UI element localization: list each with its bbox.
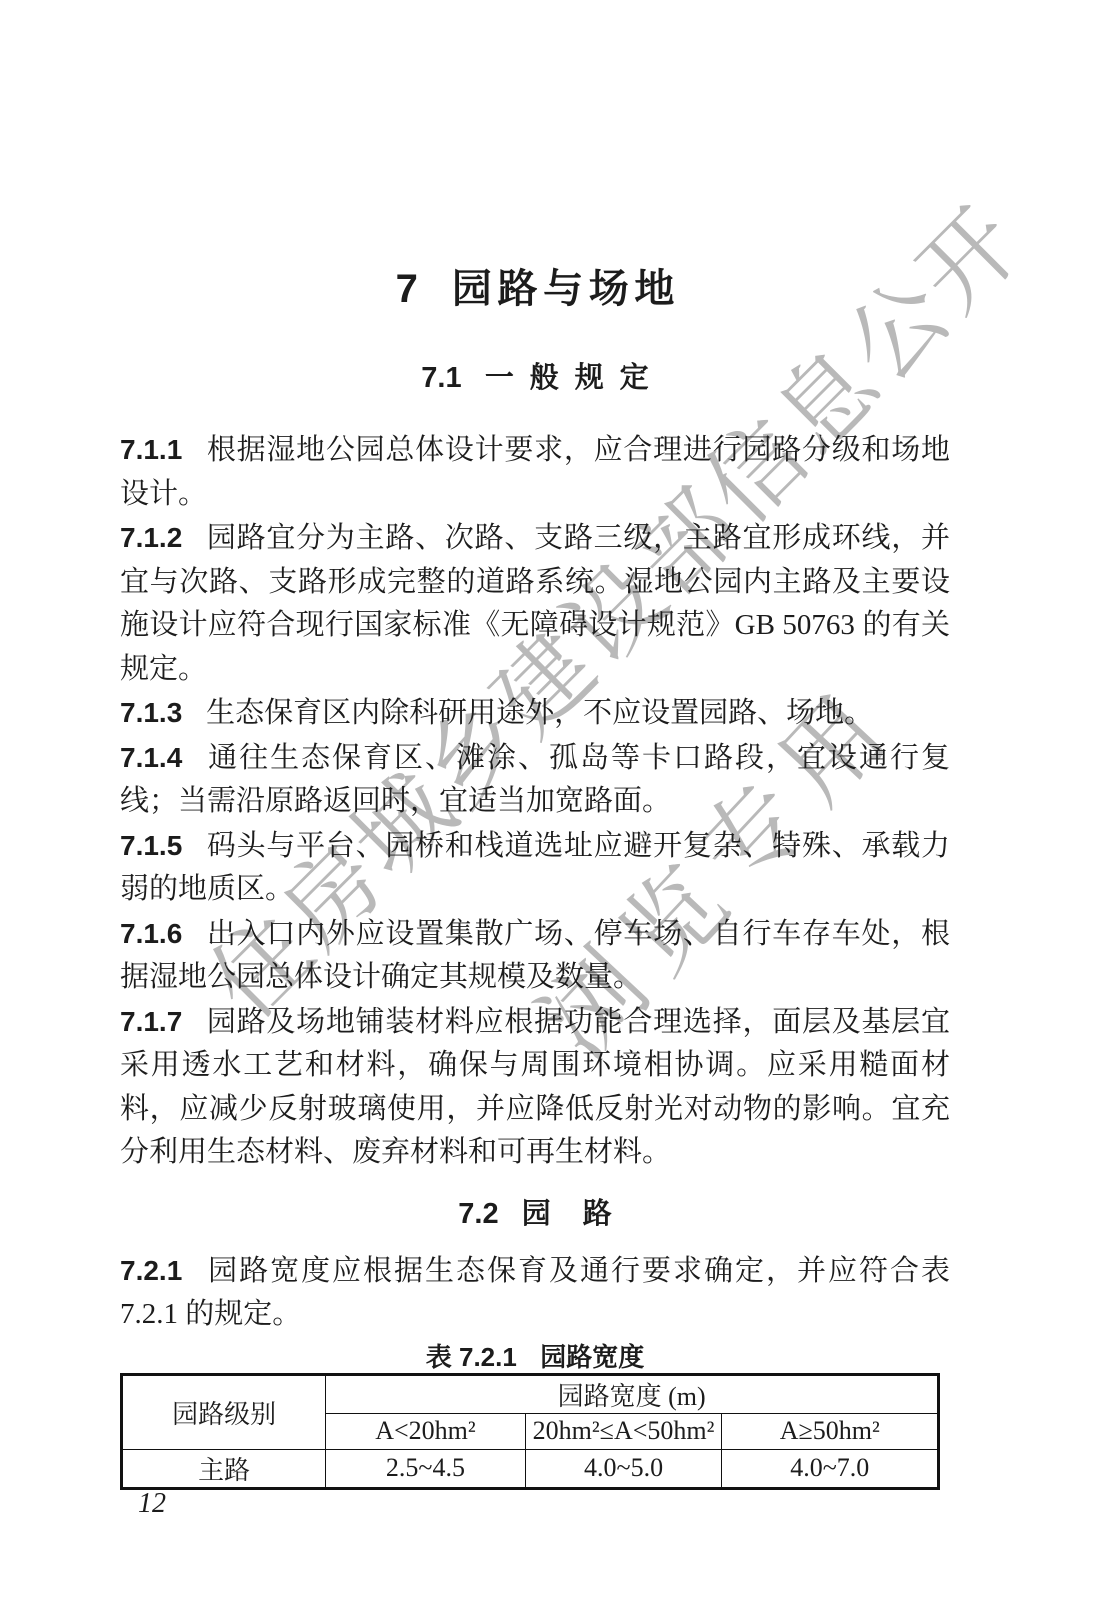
- chapter-title: 园路与场地: [452, 267, 680, 311]
- section-number: 7.1: [421, 362, 461, 394]
- clause-7-1-6: 7.1.6出入口内外应设置集散广场、停车场、自行车存车处，根据湿地公园总体设计确…: [120, 912, 950, 1000]
- table-corner-header: 园路级别: [122, 1374, 326, 1449]
- clause-number: 7.1.5: [120, 830, 182, 861]
- table-col-header: 20hm²≤A<50hm²: [525, 1413, 722, 1449]
- clause-number: 7.1.1: [120, 434, 182, 465]
- table-col-header: A≥50hm²: [722, 1413, 939, 1449]
- clause-text: 出入口内外应设置集散广场、停车场、自行车存车处，根据湿地公园总体设计确定其规模及…: [120, 918, 950, 994]
- table-col-header: A<20hm²: [326, 1413, 525, 1449]
- clause-number: 7.1.3: [120, 697, 182, 728]
- clause-number: 7.1.7: [120, 1006, 182, 1037]
- clause-text: 园路宽度应根据生态保育及通行要求确定，并应符合表 7.2.1 的规定。: [120, 1255, 950, 1331]
- clause-text: 园路宜分为主路、次路、支路三级，主路宜形成环线，并宜与次路、支路形成完整的道路系…: [120, 522, 950, 685]
- clause-number: 7.1.4: [120, 742, 182, 773]
- clause-text: 园路及场地铺装材料应根据功能合理选择，面层及基层宜采用透水工艺和材料，确保与周围…: [120, 1006, 950, 1169]
- road-width-table: 园路级别 园路宽度 (m) A<20hm² 20hm²≤A<50hm² A≥50…: [120, 1373, 940, 1490]
- clause-text: 码头与平台、园桥和栈道选址应避开复杂、特殊、承载力弱的地质区。: [120, 830, 950, 906]
- road-width-cell: 4.0~7.0: [722, 1449, 939, 1488]
- clause-number: 7.2.1: [120, 1255, 182, 1286]
- page-number: 12: [138, 1488, 166, 1520]
- clause-text: 生态保育区内除科研用途外，不应设置园路、场地。: [206, 697, 873, 729]
- table-caption-number: 表 7.2.1: [426, 1342, 517, 1372]
- clause-text: 通往生态保育区、滩涂、孤岛等卡口路段，宜设通行复线；当需沿原路返回时，宜适当加宽…: [120, 742, 950, 818]
- section-title: 园路: [522, 1198, 644, 1230]
- clause-text: 根据湿地公园总体设计要求，应合理进行园路分级和场地设计。: [120, 434, 950, 510]
- clause-7-1-1: 7.1.1根据湿地公园总体设计要求，应合理进行园路分级和场地设计。: [120, 428, 950, 516]
- section-heading-7-2: 7.2园路: [120, 1197, 950, 1231]
- table-group-header: 园路宽度 (m): [326, 1374, 939, 1413]
- road-width-cell: 2.5~4.5: [326, 1449, 525, 1488]
- page-content: 7园路与场地 7.1一般规定 7.1.1根据湿地公园总体设计要求，应合理进行园路…: [120, 0, 950, 1490]
- section-number: 7.2: [458, 1198, 498, 1230]
- clause-7-2-1: 7.2.1园路宽度应根据生态保育及通行要求确定，并应符合表 7.2.1 的规定。: [120, 1249, 950, 1337]
- table-caption-title: 园路宽度: [540, 1342, 644, 1372]
- clause-7-1-7: 7.1.7园路及场地铺装材料应根据功能合理选择，面层及基层宜采用透水工艺和材料，…: [120, 1000, 950, 1175]
- road-level-cell: 主路: [122, 1449, 326, 1488]
- section-heading-7-1: 7.1一般规定: [120, 362, 950, 394]
- clause-7-1-4: 7.1.4通往生态保育区、滩涂、孤岛等卡口路段，宜设通行复线；当需沿原路返回时，…: [120, 736, 950, 824]
- road-width-cell: 4.0~5.0: [525, 1449, 722, 1488]
- clause-7-1-3: 7.1.3生态保育区内除科研用途外，不应设置园路、场地。: [120, 691, 950, 736]
- table-caption: 表 7.2.1园路宽度: [120, 1343, 950, 1371]
- clause-7-1-5: 7.1.5码头与平台、园桥和栈道选址应避开复杂、特殊、承载力弱的地质区。: [120, 824, 950, 912]
- chapter-heading: 7园路与场地: [120, 266, 950, 312]
- clause-number: 7.1.2: [120, 522, 182, 553]
- chapter-number: 7: [396, 267, 418, 311]
- clause-7-1-2: 7.1.2园路宜分为主路、次路、支路三级，主路宜形成环线，并宜与次路、支路形成完…: [120, 516, 950, 691]
- section-title: 一般规定: [485, 362, 665, 394]
- clause-number: 7.1.6: [120, 918, 182, 949]
- table-row: 主路 2.5~4.5 4.0~5.0 4.0~7.0: [122, 1449, 939, 1488]
